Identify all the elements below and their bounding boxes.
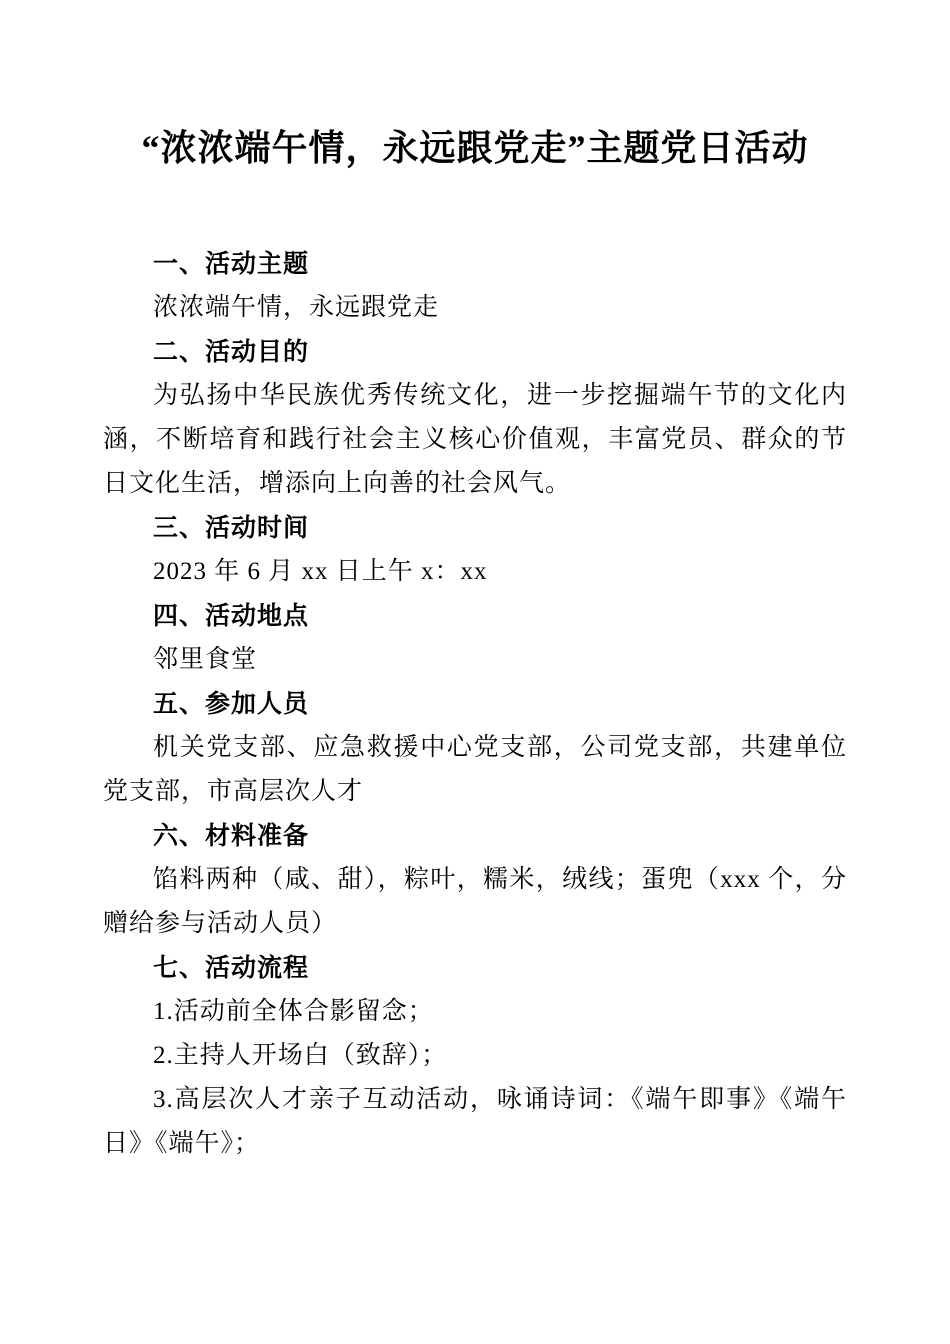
section-activity-time: 三、活动时间 2023 年 6 月 xx 日上午 x：xx [103,506,847,594]
flow-step-1: 1.活动前全体合影留念； [103,990,847,1034]
section-activity-theme: 一、活动主题 浓浓端午情，永远跟党走 [103,242,847,330]
section-activity-purpose: 二、活动目的 为弘扬中华民族优秀传统文化，进一步挖掘端午节的文化内涵，不断培育和… [103,330,847,506]
document-title: “浓浓端午情，永远跟党走”主题党日活动 [103,124,847,172]
flow-step-3: 3.高层次人才亲子互动活动，咏诵诗词：《端午即事》《端午日》《端午》； [103,1078,847,1166]
section-heading-2: 二、活动目的 [103,330,847,374]
section-activity-flow: 七、活动流程 1.活动前全体合影留念； 2.主持人开场白（致辞）； 3.高层次人… [103,946,847,1166]
paragraph: 2023 年 6 月 xx 日上午 x：xx [103,550,847,594]
paragraph: 邻里食堂 [103,638,847,682]
section-material-preparation: 六、材料准备 馅料两种（咸、甜），粽叶，糯米，绒线；蛋兜（xxx 个，分赠给参与… [103,814,847,946]
flow-step-2: 2.主持人开场白（致辞）； [103,1034,847,1078]
paragraph: 馅料两种（咸、甜），粽叶，糯米，绒线；蛋兜（xxx 个，分赠给参与活动人员） [103,858,847,946]
paragraph: 为弘扬中华民族优秀传统文化，进一步挖掘端午节的文化内涵，不断培育和践行社会主义核… [103,374,847,506]
section-heading-3: 三、活动时间 [103,506,847,550]
section-heading-5: 五、参加人员 [103,682,847,726]
paragraph: 机关党支部、应急救援中心党支部，公司党支部，共建单位党支部，市高层次人才 [103,726,847,814]
section-activity-location: 四、活动地点 邻里食堂 [103,594,847,682]
paragraph: 浓浓端午情，永远跟党走 [103,286,847,330]
section-heading-6: 六、材料准备 [103,814,847,858]
section-heading-4: 四、活动地点 [103,594,847,638]
section-heading-7: 七、活动流程 [103,946,847,990]
section-heading-1: 一、活动主题 [103,242,847,286]
section-participants: 五、参加人员 机关党支部、应急救援中心党支部，公司党支部，共建单位党支部，市高层… [103,682,847,814]
document-page: “浓浓端午情，永远跟党走”主题党日活动 一、活动主题 浓浓端午情，永远跟党走 二… [0,0,950,1344]
